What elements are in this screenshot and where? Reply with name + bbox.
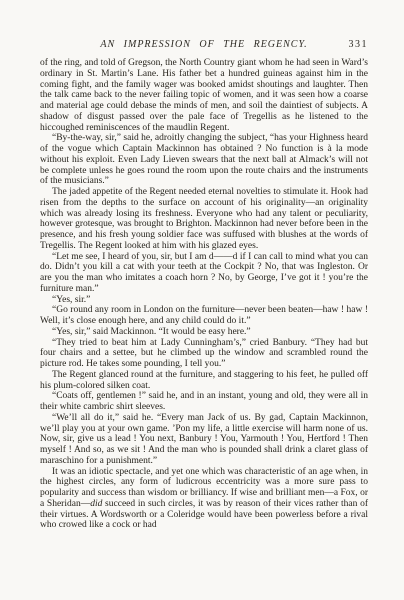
paragraph: “They tried to beat him at Lady Cunningh… [40, 338, 368, 370]
book-page: AN IMPRESSION OF THE REGENCY. 331 of the… [0, 0, 404, 600]
paragraph: “Yes, sir,” said Mackinnon. “It would be… [40, 327, 368, 338]
paragraph: It was an idiotic spectacle, and yet one… [40, 467, 368, 532]
page-header-title: AN IMPRESSION OF THE REGENCY. [100, 39, 307, 50]
paragraph: “Let me see, I heard of you, sir, but I … [40, 252, 368, 295]
paragraph: The jaded appetite of the Regent needed … [40, 187, 368, 252]
paragraph: “Yes, sir.” [40, 295, 368, 306]
body-text: of the ring, and told of Gregson, the No… [0, 58, 404, 531]
paragraph: “Coats off, gentlemen !” said he, and in… [40, 391, 368, 413]
paragraph: “Go round any room in London on the furn… [40, 305, 368, 327]
paragraph: “We’ll all do it,” said he. “Every man J… [40, 413, 368, 467]
paragraph: The Regent glanced round at the furnitur… [40, 370, 368, 392]
paragraph: “By-the-way, sir,” said he, adroitly cha… [40, 133, 368, 187]
page-number: 331 [349, 39, 369, 50]
running-head: AN IMPRESSION OF THE REGENCY. 331 [0, 39, 404, 50]
paragraph: of the ring, and told of Gregson, the No… [40, 58, 368, 133]
